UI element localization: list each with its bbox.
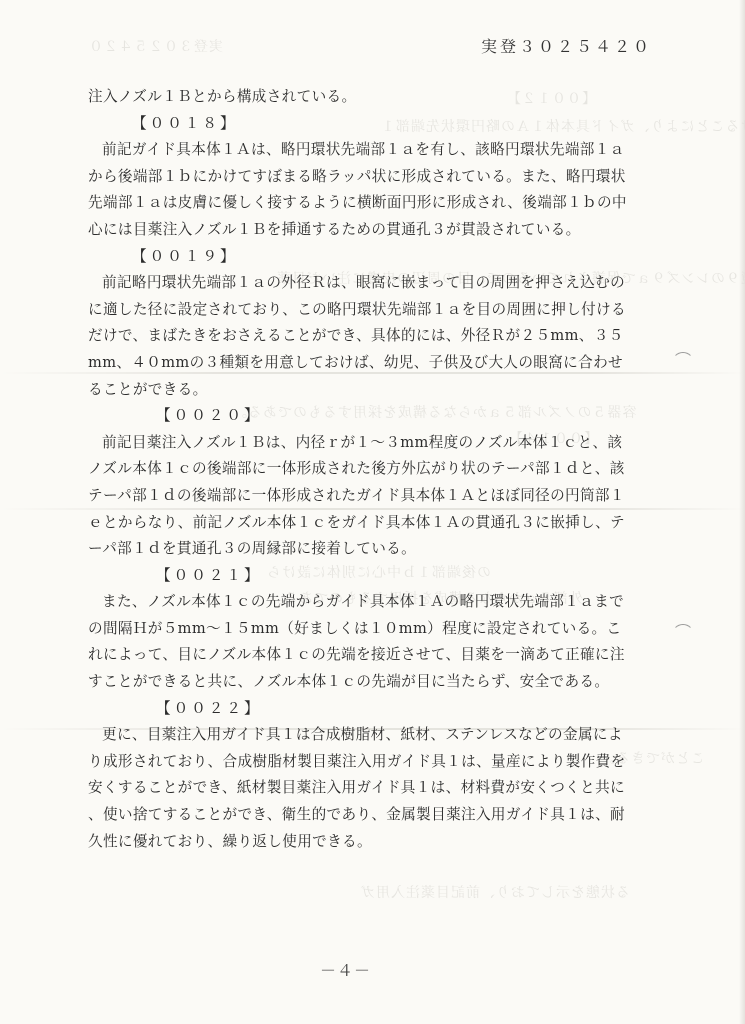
text-line: テーパ部１ｄの後端部に一体形成されたガイド具本体１Ａとほぼ同径の円筒部１ (88, 483, 688, 510)
text-line: 前記ガイド具本体１Ａは、略円環状先端部１ａを有し、該略円環状先端部１ａ (88, 137, 688, 164)
text-line: 更に、目薬注入用ガイド具１は合成樹脂材、紙材、ステンレスなどの金属によ (88, 722, 688, 749)
text-line: 心には目薬注入ノズル１Ｂを挿通するための貫通孔３が貫設されている。 (88, 217, 688, 244)
text-line: mm、４０mmの３種類を用意しておけば、幼児、子供及び大人の眼窩に合わせ (88, 350, 688, 377)
text-line: ーパ部１ｄを貫通孔３の周縁部に接着している。 (88, 536, 688, 563)
text-line: れによって、目にノズル本体１ｃの先端を接近させて、目薬を一滴あて正確に注 (88, 642, 688, 669)
text-line: ることができる。 (88, 377, 688, 404)
paragraph-number-0020: 【００２０】 (88, 403, 688, 430)
text-line: また、ノズル本体１ｃの先端からガイド具本体１Ａの略円環状先端部１ａまで (88, 589, 688, 616)
paragraph-number-0022: 【００２２】 (88, 696, 688, 723)
text-line: 先端部１ａは皮膚に優しく接するように横断面円形に形成され、後端部１ｂの中 (88, 190, 688, 217)
bleed-through-header: 実登３０２５４２０ (88, 36, 223, 56)
text-line: り成形されており、合成樹脂材製目薬注入用ガイド具１は、量産により製作費を (88, 749, 688, 776)
text-line: に適した径に設定されており、この略円環状先端部１ａを目の周囲に押し付ける (88, 297, 688, 324)
text-line: の間隔Ｈが５mm～１５mm（好ましくは１０mm）程度に設定されている。こ (88, 616, 688, 643)
paragraph-number-0021: 【００２１】 (88, 563, 688, 590)
text-line: から後端部１ｂにかけてすぼまる略ラッパ状に形成されている。また、略円環状 (88, 164, 688, 191)
text-line: 、使い捨てすることができ、衛生的であり、金属製目薬注入用ガイド具１は、耐 (88, 802, 688, 829)
document-number: 実登３０２５４２０ (481, 34, 652, 57)
document-body: 注入ノズル１Ｂとから構成されている。 【００１８】 前記ガイド具本体１Ａは、略円… (88, 84, 688, 855)
text-line: ｅとからなり、前記ノズル本体１ｃをガイド具本体１Ａの貫通孔３に嵌挿し、テ (88, 510, 688, 537)
text-line: すことができると共に、ノズル本体１ｃの先端が目に当たらず、安全である。 (88, 669, 688, 696)
bleed-through-text: る状態を示しており、前記目薬注入用ガ (360, 882, 630, 902)
text-line: だけで、まばたきをおさえることができ、具体的には、外径Ｒが２５mm、３５ (88, 323, 688, 350)
text-line: 前記略円環状先端部１ａの外径Ｒは、眼窩に嵌まって目の周囲を押さえ込むの (88, 270, 688, 297)
page-edge-shadow (739, 0, 745, 1024)
text-line: 前記目薬注入ノズル１Ｂは、内径ｒが１～３mm程度のノズル本体１ｃと、該 (88, 430, 688, 457)
paragraph-number-0018: 【００１８】 (88, 111, 688, 138)
paragraph-number-0019: 【００１９】 (88, 244, 688, 271)
scanned-page: 実登３０２５４２０ 【００１２】 この場合、眼鏡９を掛けることにより、ガイド具本… (0, 0, 745, 1024)
text-line: 久性に優れており、繰り返し使用できる。 (88, 829, 688, 856)
page-number: －４－ (320, 958, 371, 981)
text-line: 注入ノズル１Ｂとから構成されている。 (88, 84, 688, 111)
text-line: ノズル本体１ｃの後端部に一体形成された後方外広がり状のテーパ部１ｄと、該 (88, 456, 688, 483)
text-line: 安くすることができ、紙材製目薬注入用ガイド具１は、材料費が安くつくと共に (88, 775, 688, 802)
